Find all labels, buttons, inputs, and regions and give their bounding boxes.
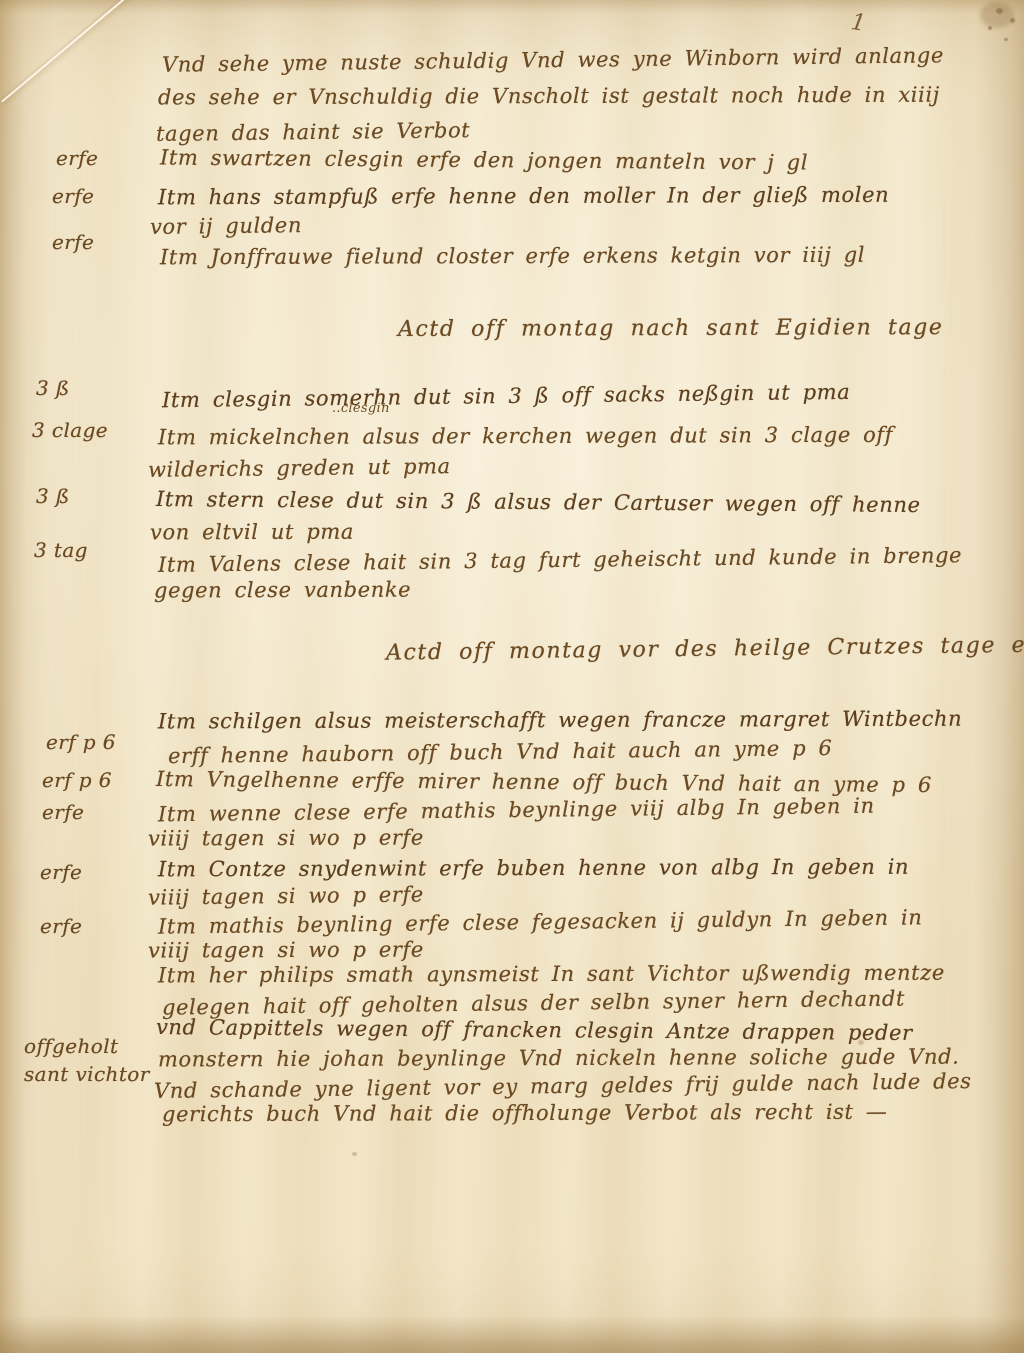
paper-crease [1, 0, 133, 102]
text-line: Itm Valens clese hait sin 3 tag furt geh… [158, 543, 962, 577]
margin-note: erf p 6 [42, 768, 112, 792]
interlinear-note: ..clesgin [332, 401, 390, 416]
text-line: gelegen hait off geholten alsus der selb… [162, 986, 905, 1019]
text-line: viiij tagen si wo p erfe [148, 882, 424, 909]
text-line: Itm hans stampfuß erfe henne den moller … [158, 183, 889, 210]
text-line: erff henne hauborn off buch Vnd hait auc… [168, 736, 833, 768]
page-number: 1 [849, 9, 868, 37]
text-line: Itm schilgen alsus meisterschafft wegen … [158, 707, 962, 734]
margin-note: erf p 6 [46, 730, 116, 754]
text-line: monstern hie johan beynlinge Vnd nickeln… [158, 1045, 960, 1072]
text-line: tagen das haint sie Verbot [156, 118, 471, 146]
text-line: Itm her philips smath aynsmeist In sant … [158, 961, 945, 988]
text-line: Vnd schande yne ligent vor ey marg gelde… [154, 1069, 972, 1103]
margin-note: erfe [40, 860, 82, 884]
text-line: Itm clesgin somerhn dut sin 3 ß off sack… [162, 380, 851, 412]
stain [1004, 38, 1008, 41]
margin-note: 3 tag [34, 538, 88, 562]
text-line: wilderichs greden ut pma [148, 454, 451, 482]
margin-note: 3 clage [32, 418, 108, 442]
margin-note: erfe [52, 184, 94, 208]
margin-note: erfe [56, 146, 98, 170]
margin-note: erfe [40, 914, 82, 938]
text-line: Itm Jonffrauwe fielund closter erfe erke… [160, 243, 865, 269]
text-line: gerichts buch Vnd hait die offholunge Ve… [162, 1100, 888, 1127]
text-line: von eltvil ut pma [150, 520, 354, 545]
manuscript-page: 1 Vnd sehe yme nuste schuldig Vnd wes yn… [0, 0, 1024, 1353]
margin-note: 3 ß [36, 484, 70, 508]
text-line: Vnd sehe yme nuste schuldig Vnd wes yne … [162, 43, 944, 77]
margin-note: sant vichtor [24, 1062, 150, 1086]
section-heading: Actd off montag nach sant Egidien tage [398, 315, 944, 342]
text-line: des sehe er Vnschuldig die Vnscholt ist … [158, 83, 940, 110]
margin-note: erfe [42, 800, 84, 824]
text-line: Itm swartzen clesgin erfe den jongen man… [160, 145, 808, 174]
text-line: vnd Cappittels wegen off francken clesgi… [156, 1015, 913, 1045]
text-line: Itm stern clese dut sin 3 ß alsus der Ca… [156, 487, 921, 517]
stain [980, 2, 1014, 28]
text-line: viiij tagen si wo p erfe [148, 826, 424, 851]
text-line: Itm mickelnchen alsus der kerchen wegen … [158, 423, 893, 450]
margin-note: 3 ß [36, 376, 70, 400]
text-line: Itm wenne clese erfe mathis beynlinge vi… [158, 794, 875, 827]
margin-note: offgeholt [24, 1034, 118, 1058]
stain [352, 1152, 357, 1156]
text-line: Itm Vngelhenne erffe mirer henne off buc… [156, 767, 932, 797]
text-line: vor ij gulden [150, 213, 302, 239]
text-line: gegen clese vanbenke [154, 578, 411, 603]
section-heading: Actd off montag vor des heilge Crutzes t… [386, 631, 1024, 665]
margin-note: erfe [52, 230, 94, 254]
text-line: viiij tagen si wo p erfe [148, 938, 424, 963]
text-line: Itm mathis beynling erfe clese fegesacke… [158, 905, 923, 938]
text-line: Itm Contze snydenwint erfe buben henne v… [158, 855, 909, 882]
